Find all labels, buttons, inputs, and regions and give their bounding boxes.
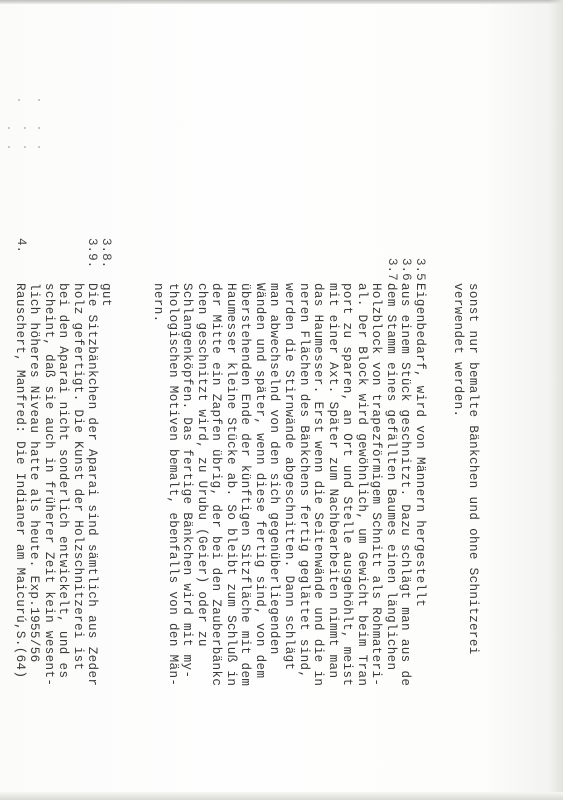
paragraph-line: chen geschnitzt wird, zu Urubu (Geier) o… (195, 283, 209, 647)
paragraph-line: thologischen Motiven bemalt, ebenfalls v… (166, 283, 180, 686)
paragraph-line: Die Sitzbänkchen der Aparai sind sämtlic… (85, 283, 99, 686)
paragraph-line: lich höheres Niveau hatte als heute. Exp… (27, 283, 41, 663)
paragraph-line: Wänden und später, wenn diese fertig sin… (253, 283, 267, 678)
paragraph-line: scheint, daß sie auch in früherer Zeit k… (42, 283, 56, 686)
paragraph-line: Holzblock von trapezförmigem Schnitt als… (369, 283, 383, 686)
paragraph-line: Haumesser kleine Stücke ab. So bleibt zu… (224, 283, 238, 686)
paragraph-line: aus einem Stück geschnitzt. Dazu schlägt… (398, 283, 412, 686)
intro-line-1: sonst nur bemalte Bänkchen und ohne Schn… (466, 283, 480, 655)
paragraph-line: al. Der Block wird gewöhnlich, um Gewich… (355, 283, 369, 686)
paragraph-line: werden die Stirnwände abgeschnitten. Dan… (282, 283, 296, 670)
section-number-3-9: 3.9. (85, 238, 99, 268)
section-3-8-text: gut (99, 283, 113, 307)
paragraph-line: überstehenden Ende der künftigen Sitzflä… (238, 283, 252, 686)
paragraph-line: holz gefertigt. Die Kunst der Holzschnit… (71, 283, 85, 670)
rotated-text-layer: sonst nur bemalte Bänkchen und ohne Schn… (0, 0, 563, 800)
paragraph-line: Eigenbedarf, wird von Männern hergestell… (413, 283, 427, 607)
intro-line-2: verwendet werden. (451, 283, 465, 417)
section-number-3-8: 3.8. (99, 238, 113, 268)
scanned-typewritten-page: sonst nur bemalte Bänkchen und ohne Schn… (0, 0, 563, 800)
paragraph-line: mit einer Axt. Später zum Nachbearbeiten… (326, 283, 340, 678)
paragraph-line: nern. (151, 283, 165, 323)
paragraph-line: port zu sparen, an Ort und Stelle ausgeh… (340, 283, 354, 686)
paragraph-line: Schlangenköpfen. Das fertige Bänkchen wi… (180, 283, 194, 678)
paragraph-line: der Mitte ein Zapfen übrig, der bei den … (209, 283, 223, 686)
paragraph-line: bei den Aparai nicht sonderlich entwicke… (56, 283, 70, 678)
paragraph-line: das Haumesser. Erst wenn die Seitenwände… (311, 283, 325, 686)
paragraph-line: man abwechselnd von den sich gegenüberli… (268, 283, 282, 655)
paragraph-line: Rauschert, Manfred: Die Indianer am Maic… (13, 283, 27, 678)
paragraph-line: dem Stamm eines gefällten Baumes einen l… (384, 283, 398, 670)
section-number-4: 4. (14, 238, 28, 253)
paragraph-line: neren Flächen des Bänkchens fertig geglä… (297, 283, 311, 678)
